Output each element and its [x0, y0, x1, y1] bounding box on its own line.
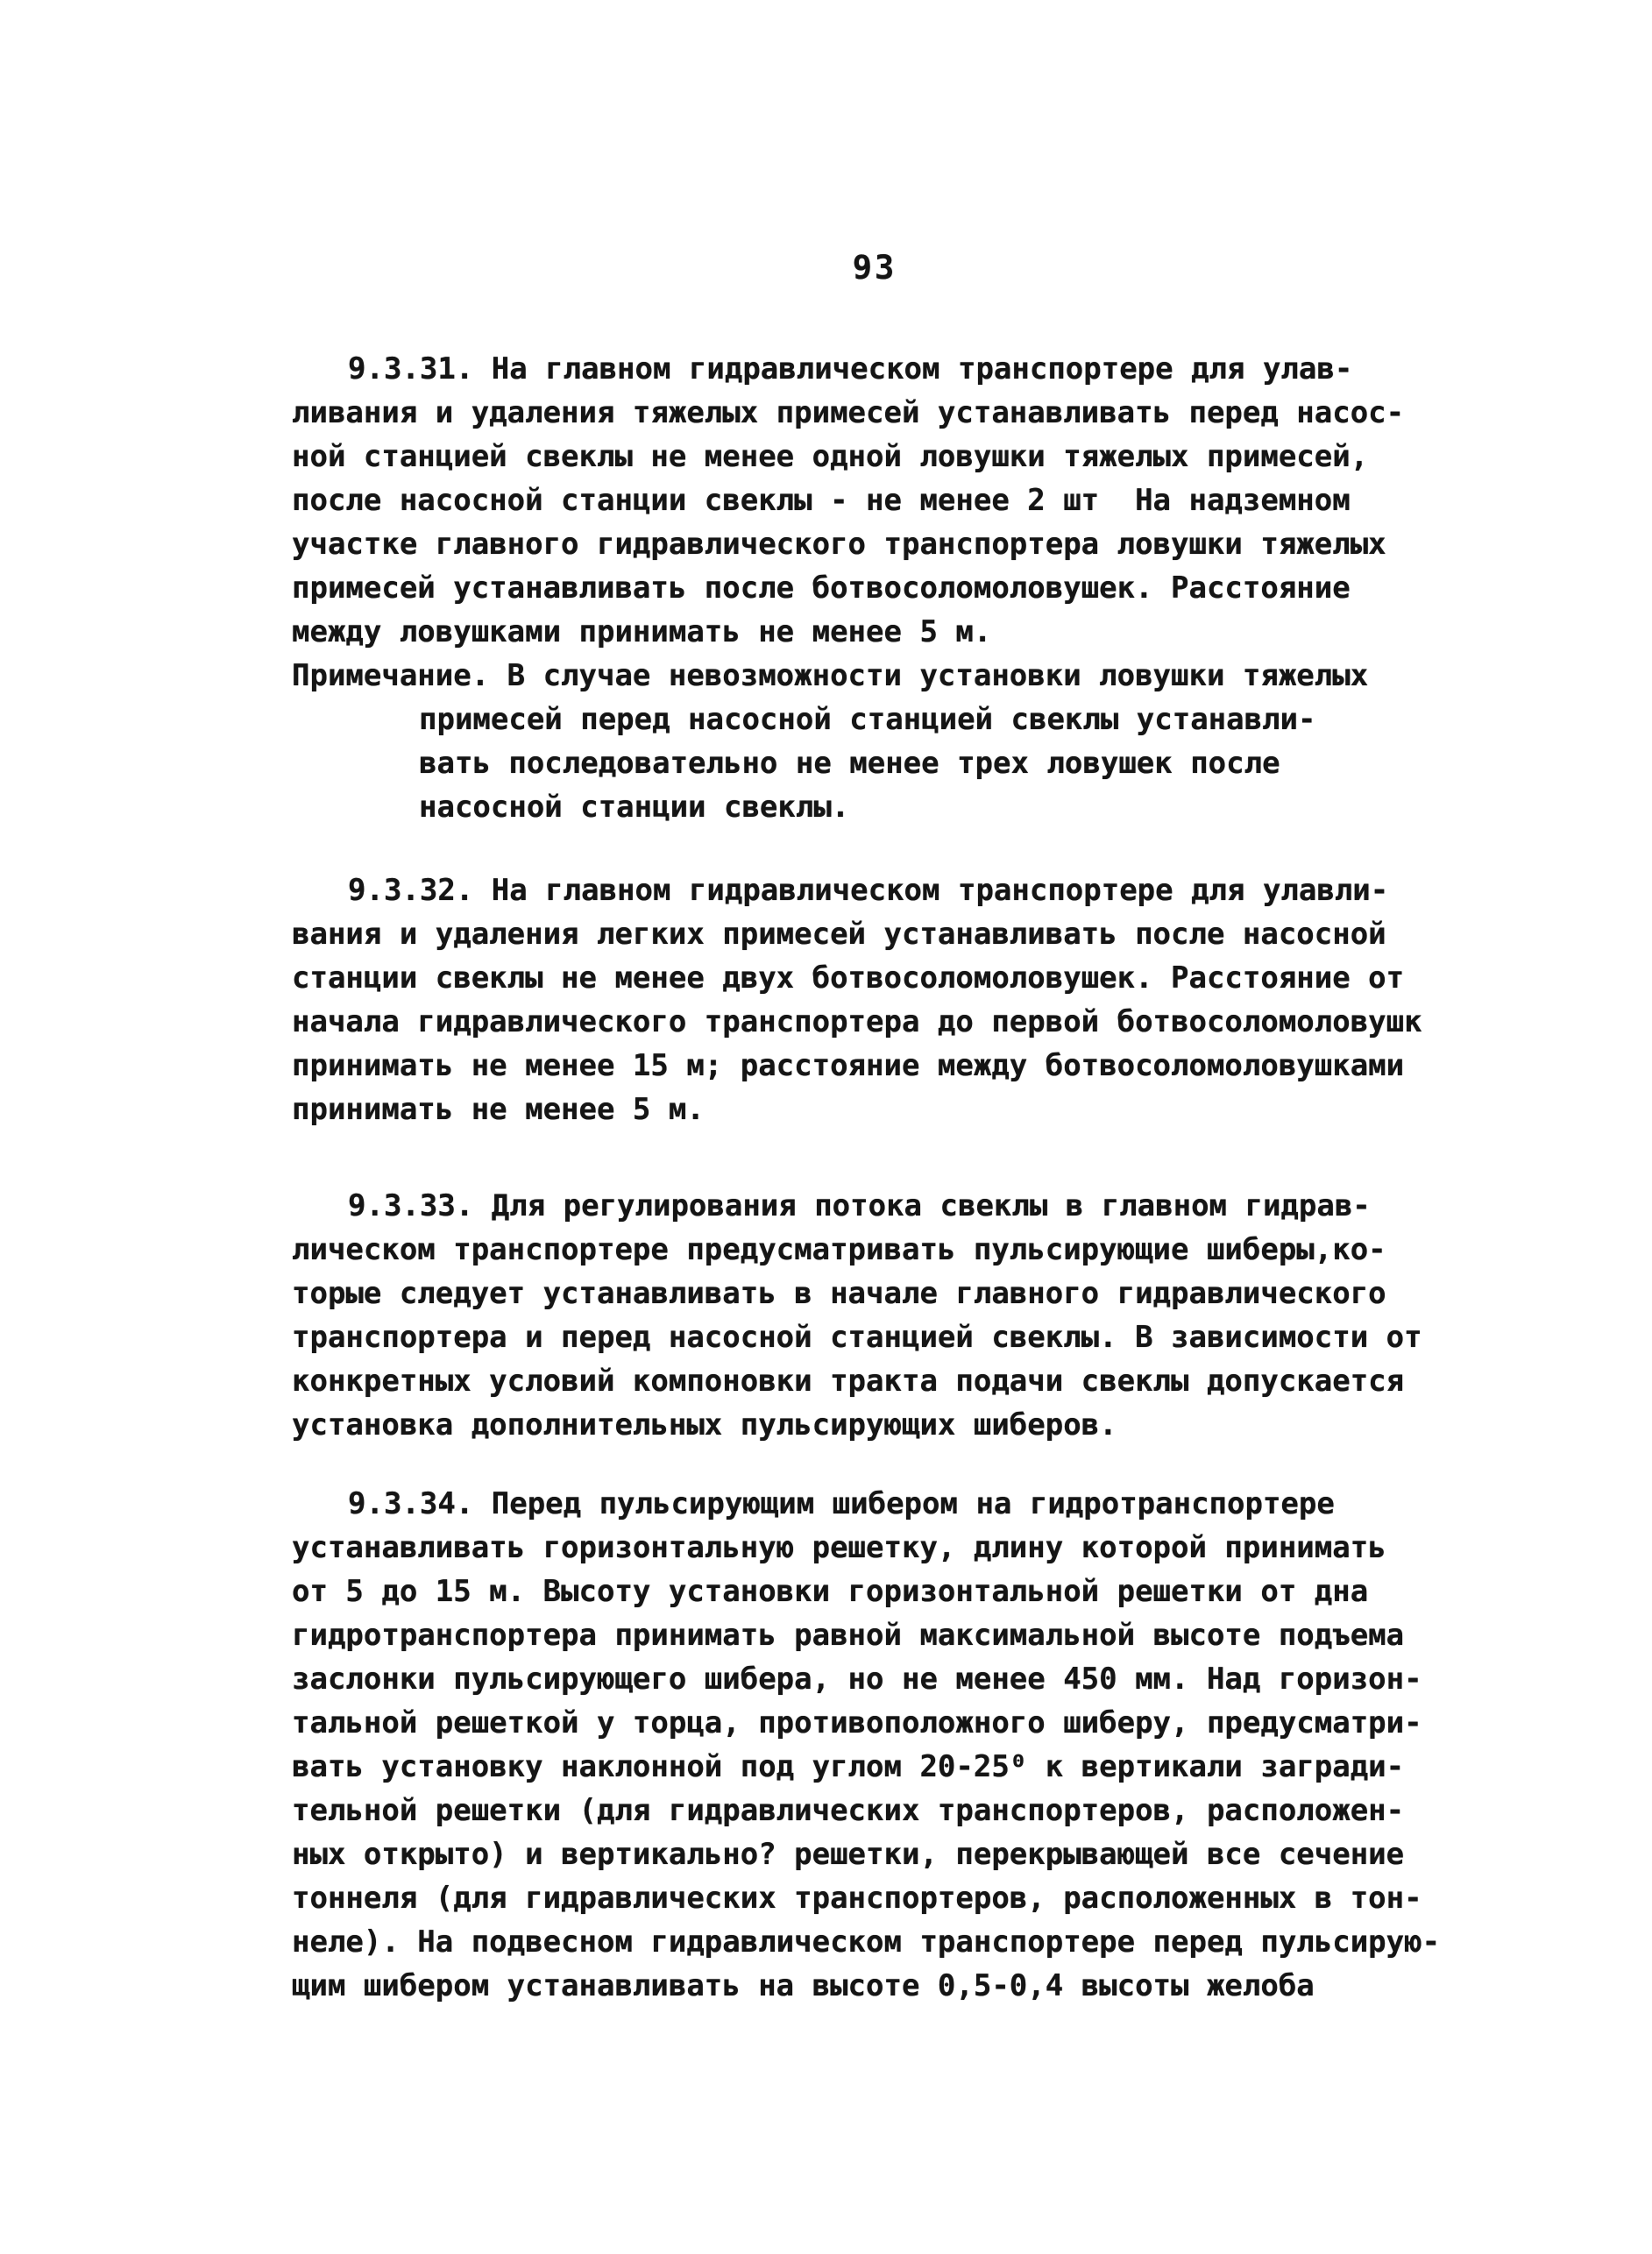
paragraph-9-3-34: 9.3.34. Перед пульсирующим шибером на ги…	[292, 1482, 1488, 2008]
note-block: Примечание. В случае невозможности устан…	[292, 654, 1488, 829]
paragraph-9-3-32: 9.3.32. На главном гидравлическом трансп…	[292, 868, 1488, 1131]
page-content: 9.3.31. На главном гидравлическом трансп…	[292, 347, 1488, 2008]
document-page: 93 9.3.31. На главном гидравлическом тра…	[0, 0, 1652, 2254]
paragraph-9-3-33: 9.3.33. Для регулирования потока свеклы …	[292, 1184, 1488, 1447]
page-number: 93	[292, 249, 1457, 287]
paragraph-9-3-31: 9.3.31. На главном гидравлическом трансп…	[292, 347, 1488, 654]
